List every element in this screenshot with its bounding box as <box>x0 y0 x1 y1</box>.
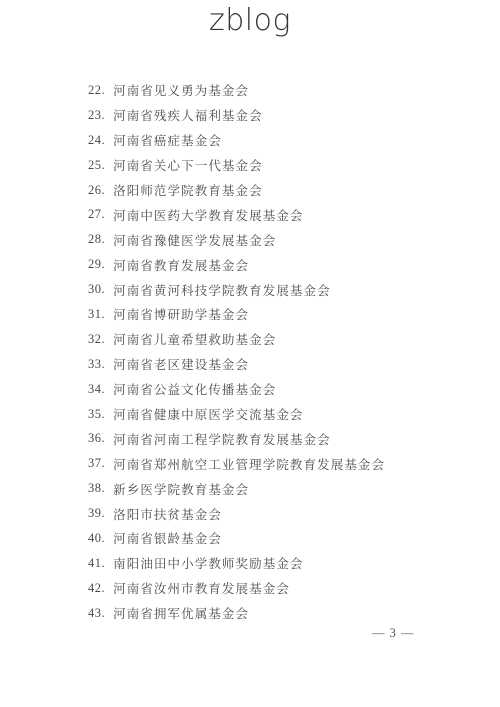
list-item-number: 23. <box>88 108 105 123</box>
list-item-number: 32. <box>88 332 105 347</box>
list-item-name: 河南省银龄基金会 <box>113 529 222 547</box>
list-item-name: 河南省汝州市教育发展基金会 <box>113 579 290 597</box>
list-item-number: 26. <box>88 183 105 198</box>
list-item: 29. 河南省教育发展基金会 <box>88 252 470 277</box>
list-item: 39. 洛阳市扶贫基金会 <box>88 501 470 526</box>
list-item: 23. 河南省残疾人福利基金会 <box>88 103 470 128</box>
list-item-name: 河南省癌症基金会 <box>113 131 222 149</box>
list-item-number: 39. <box>88 506 105 521</box>
list-item: 22. 河南省见义勇为基金会 <box>88 78 470 103</box>
list-item: 33. 河南省老区建设基金会 <box>88 352 470 377</box>
list-item-number: 41. <box>88 556 105 571</box>
list-item-number: 35. <box>88 407 105 422</box>
list-item-number: 24. <box>88 133 105 148</box>
list-item-number: 27. <box>88 207 105 222</box>
list-item-name: 河南省教育发展基金会 <box>113 256 249 274</box>
list-item-number: 30. <box>88 282 105 297</box>
list-item: 30. 河南省黄河科技学院教育发展基金会 <box>88 277 470 302</box>
list-item: 31. 河南省博研助学基金会 <box>88 302 470 327</box>
document-page: zblog 22. 河南省见义勇为基金会 23. 河南省残疾人福利基金会 24.… <box>0 0 500 707</box>
list-item: 28. 河南省豫健医学发展基金会 <box>88 227 470 252</box>
list-item-name: 洛阳师范学院教育基金会 <box>113 181 263 199</box>
list-item-number: 42. <box>88 581 105 596</box>
list-item: 35. 河南省健康中原医学交流基金会 <box>88 402 470 427</box>
list-item-name: 河南省拥军优属基金会 <box>113 604 249 622</box>
list-item: 26. 洛阳师范学院教育基金会 <box>88 178 470 203</box>
list-item-number: 25. <box>88 158 105 173</box>
list-item-name: 河南省河南工程学院教育发展基金会 <box>113 430 331 448</box>
list-item-number: 22. <box>88 83 105 98</box>
list-item-name: 河南省豫健医学发展基金会 <box>113 231 276 249</box>
list-item-number: 33. <box>88 357 105 372</box>
list-item-name: 河南省郑州航空工业管理学院教育发展基金会 <box>113 455 385 473</box>
list-item: 27. 河南中医药大学教育发展基金会 <box>88 202 470 227</box>
list-item: 32. 河南省儿童希望救助基金会 <box>88 327 470 352</box>
list-item-name: 河南中医药大学教育发展基金会 <box>113 206 303 224</box>
list-item-name: 河南省关心下一代基金会 <box>113 156 263 174</box>
list-item: 42. 河南省汝州市教育发展基金会 <box>88 576 470 601</box>
list-item-name: 河南省博研助学基金会 <box>113 305 249 323</box>
list-item: 37. 河南省郑州航空工业管理学院教育发展基金会 <box>88 451 470 476</box>
list-item: 36. 河南省河南工程学院教育发展基金会 <box>88 426 470 451</box>
list-item-number: 34. <box>88 382 105 397</box>
list-item-number: 40. <box>88 531 105 546</box>
page-number: — 3 — <box>372 625 432 641</box>
list-item: 38. 新乡医学院教育基金会 <box>88 476 470 501</box>
list-item: 40. 河南省银龄基金会 <box>88 526 470 551</box>
list-item: 34. 河南省公益文化传播基金会 <box>88 377 470 402</box>
list-item-name: 新乡医学院教育基金会 <box>113 480 249 498</box>
list-item-number: 43. <box>88 606 105 621</box>
list-item-number: 37. <box>88 456 105 471</box>
list-item-number: 38. <box>88 481 105 496</box>
list-item-name: 河南省残疾人福利基金会 <box>113 106 263 124</box>
list-item: 24. 河南省癌症基金会 <box>88 128 470 153</box>
list-item: 25. 河南省关心下一代基金会 <box>88 153 470 178</box>
list-item-number: 28. <box>88 232 105 247</box>
list-item: 41. 南阳油田中小学教师奖励基金会 <box>88 551 470 576</box>
list-item-number: 31. <box>88 307 105 322</box>
list-item-name: 河南省见义勇为基金会 <box>113 81 249 99</box>
list-item-name: 河南省健康中原医学交流基金会 <box>113 405 303 423</box>
list-item-number: 36. <box>88 431 105 446</box>
list-item-name: 河南省公益文化传播基金会 <box>113 380 276 398</box>
list-item-name: 河南省老区建设基金会 <box>113 355 249 373</box>
list-item-name: 河南省黄河科技学院教育发展基金会 <box>113 281 331 299</box>
list-item-name: 洛阳市扶贫基金会 <box>113 505 222 523</box>
list-item-name: 河南省儿童希望救助基金会 <box>113 330 276 348</box>
foundation-list: 22. 河南省见义勇为基金会 23. 河南省残疾人福利基金会 24. 河南省癌症… <box>88 78 470 626</box>
list-item: 43. 河南省拥军优属基金会 <box>88 601 470 626</box>
list-item-number: 29. <box>88 257 105 272</box>
list-item-name: 南阳油田中小学教师奖励基金会 <box>113 554 303 572</box>
site-title: zblog <box>0 2 500 40</box>
